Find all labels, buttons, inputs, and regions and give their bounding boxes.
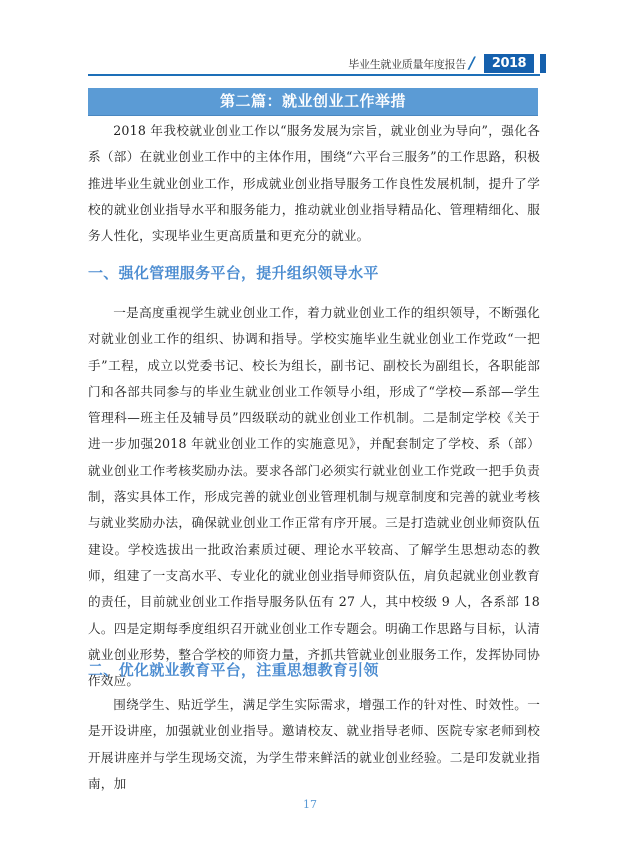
page-number: 17: [0, 798, 620, 811]
header-rule: [88, 74, 540, 76]
year-badge: 2018 届: [484, 54, 534, 73]
header-slash-decoration: /: [469, 54, 483, 72]
report-title: 毕业生就业质量年度报告: [348, 56, 466, 72]
header-bar-decoration: [540, 54, 546, 73]
section-heading-2: 二、优化就业教育平台，注重思想教育引领: [88, 659, 540, 680]
section-2-paragraph: 围绕学生、贴近学生，满足学生实际需求，增强工作的针对性、时效性。一是开设讲座，加…: [88, 692, 540, 797]
section-1-paragraph: 一是高度重视学生就业创业工作，着力就业创业工作的组织领导，不断强化对就业创业工作…: [88, 300, 540, 694]
page-header: 毕业生就业质量年度报告 / 2018 届: [88, 52, 548, 78]
chapter-title-banner: 第二篇：就业创业工作举措: [88, 88, 538, 116]
intro-paragraph: 2018 年我校就业创业工作以“服务发展为宗旨，就业创业为导向”，强化各系（部）…: [88, 118, 540, 249]
section-heading-1: 一、强化管理服务平台，提升组织领导水平: [88, 262, 540, 283]
